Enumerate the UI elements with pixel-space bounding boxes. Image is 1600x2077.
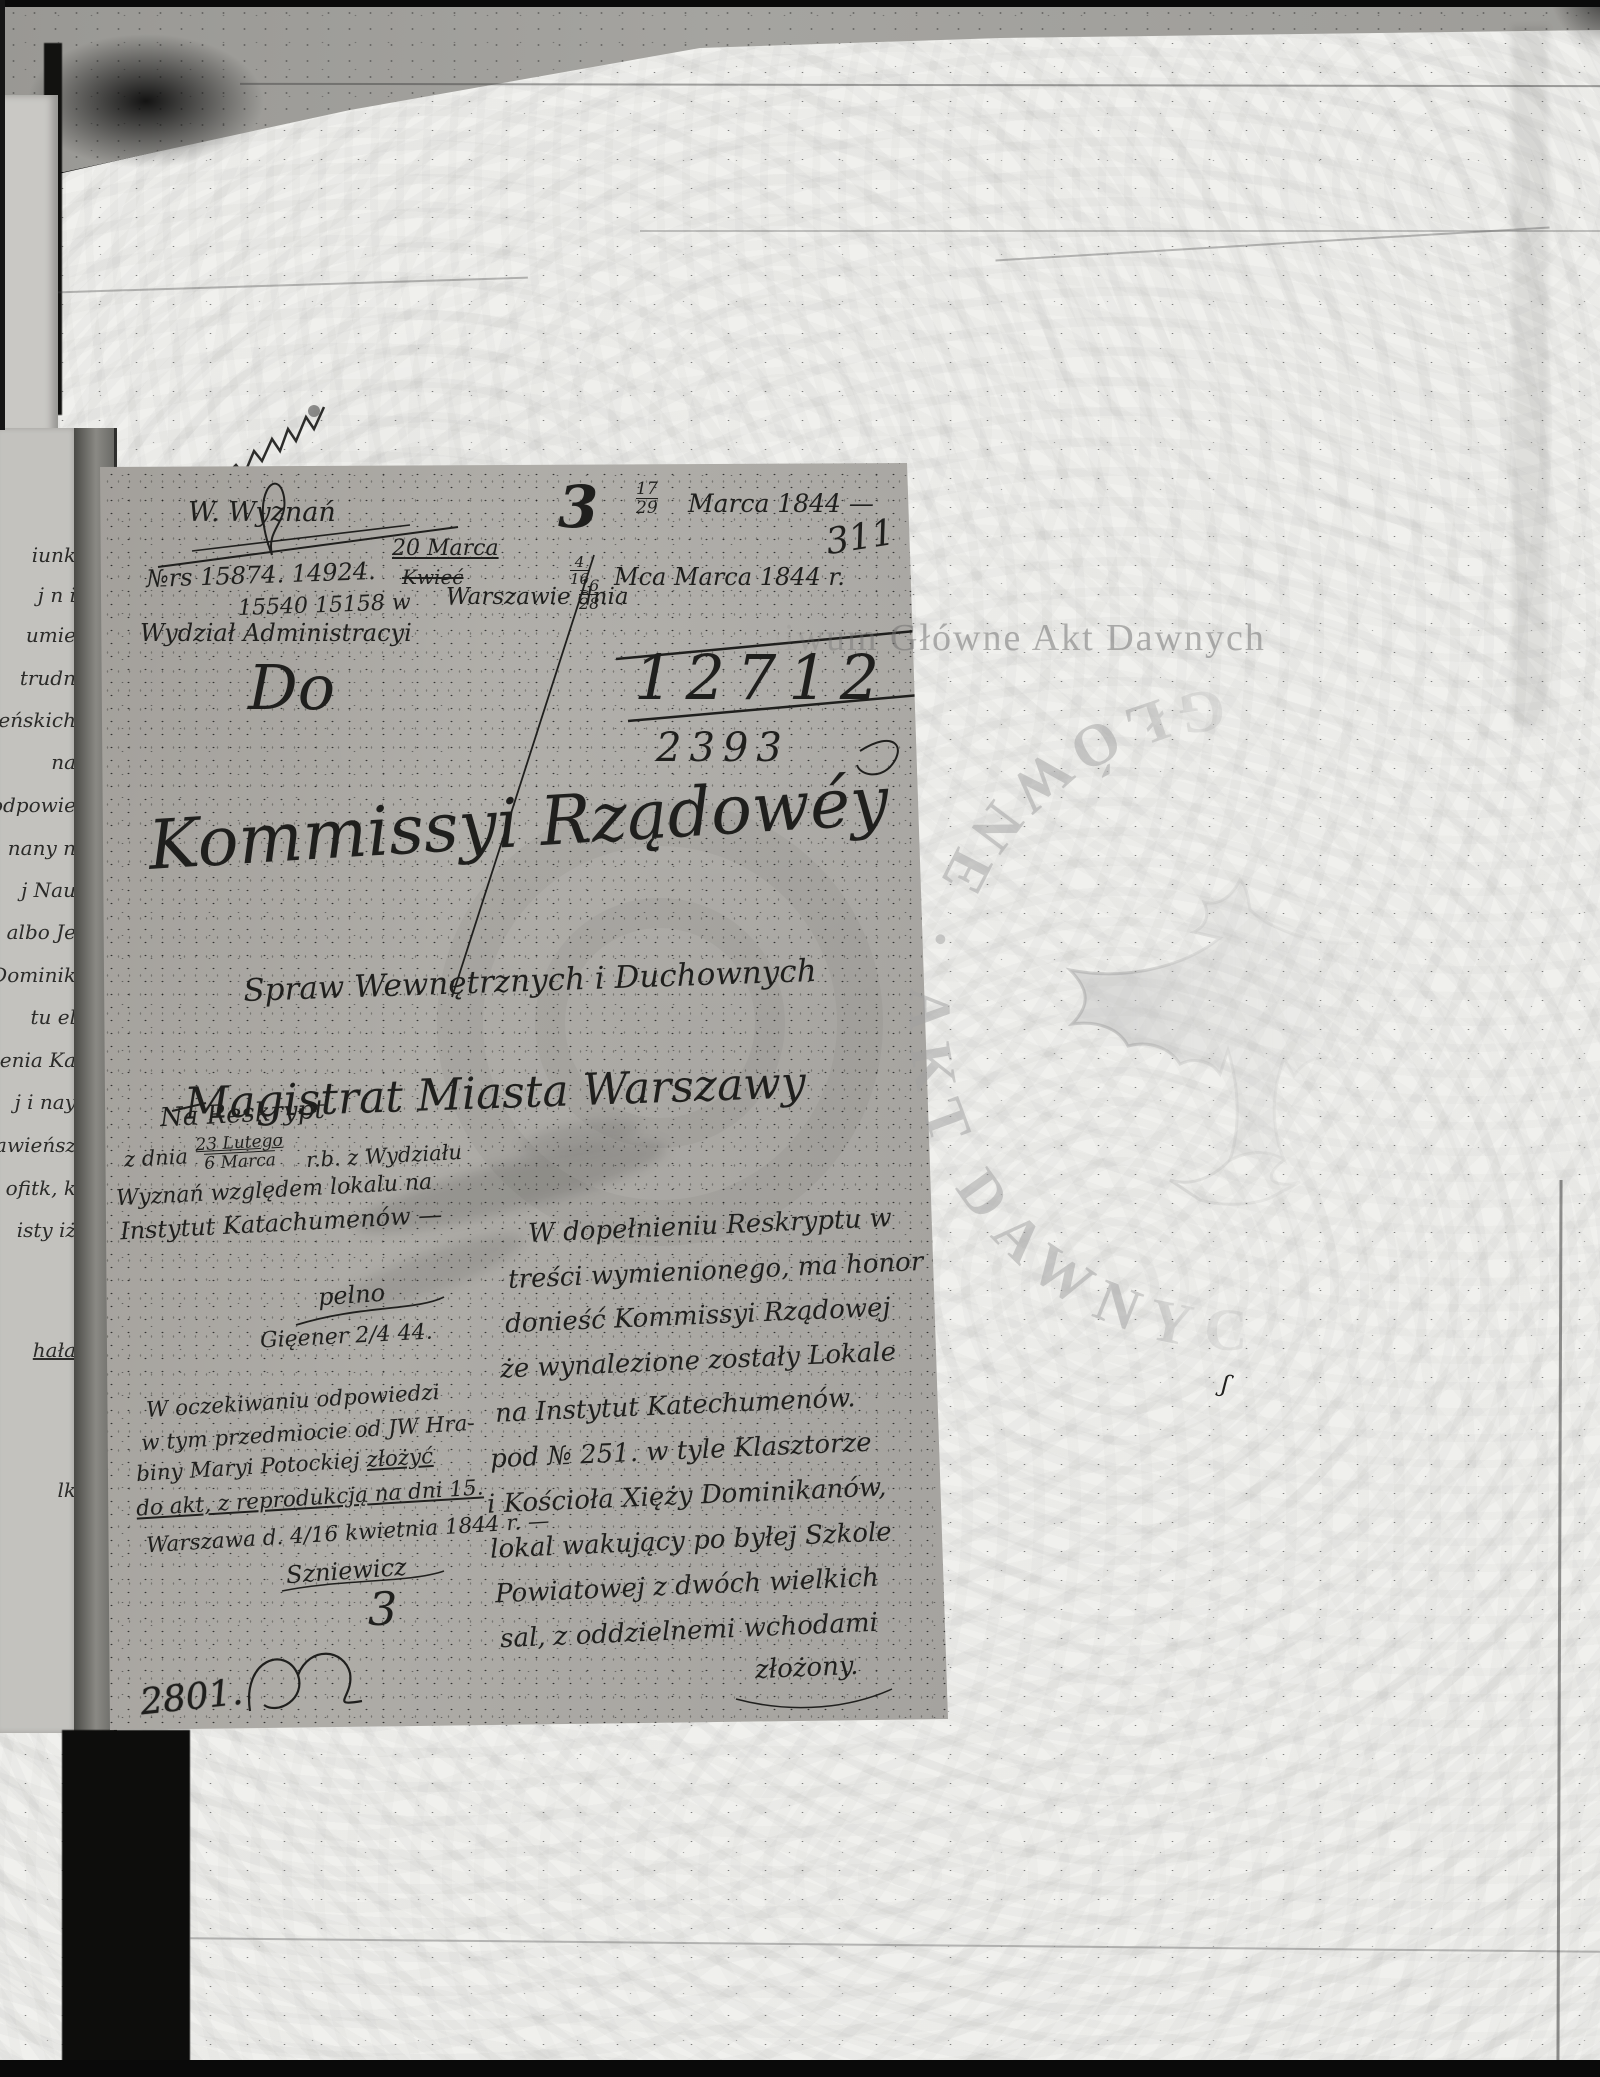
archival-scan: iunk j n i umie trudn ieńskich na odpowi… — [0, 0, 1600, 2077]
fragment-line: j n i — [38, 585, 76, 606]
fragment-line: enia Ka — [0, 1050, 76, 1071]
eagle-icon — [1070, 880, 1402, 1204]
fragment-line: iunk — [32, 545, 76, 566]
archive-watermark-emblem: GŁÓWNE · AKT DAWNYCH · — [830, 600, 1600, 1480]
fragment-line: isty iż — [17, 1220, 76, 1241]
top-black-bar — [0, 0, 1600, 7]
fragment-line: nawieńsz — [0, 1135, 76, 1156]
fragment-line: ieńskich — [0, 710, 76, 731]
fragment-line: ofitk, k — [6, 1178, 76, 1199]
fragment-line: nany n — [8, 838, 76, 859]
bottom-black-gap — [62, 1730, 190, 2066]
fragment-line: tu el — [30, 1007, 76, 1028]
left-edge-bar — [0, 0, 5, 430]
fragment-line: odpowie — [0, 795, 76, 816]
corner-shadow — [28, 34, 264, 168]
top-right-corner-shadow — [1552, 0, 1600, 52]
fragment-line: umie — [26, 625, 76, 646]
fragment-line: j i nay — [15, 1092, 76, 1113]
fragment-line: Dominik — [0, 965, 76, 986]
fragment-line: albo Je — [7, 922, 76, 943]
fragment-line: j Nau — [21, 880, 76, 901]
fragment-line: trudn — [20, 668, 76, 689]
left-partial-page: iunk j n i umie trudn ieńskich na odpowi… — [0, 428, 78, 1733]
bottom-black-bar — [0, 2060, 1600, 2077]
fragment-line: hała — [33, 1340, 76, 1361]
right-shading-stripe — [1512, 26, 1548, 726]
fragment-line: na — [51, 752, 76, 773]
left-page-sliver — [0, 95, 58, 435]
